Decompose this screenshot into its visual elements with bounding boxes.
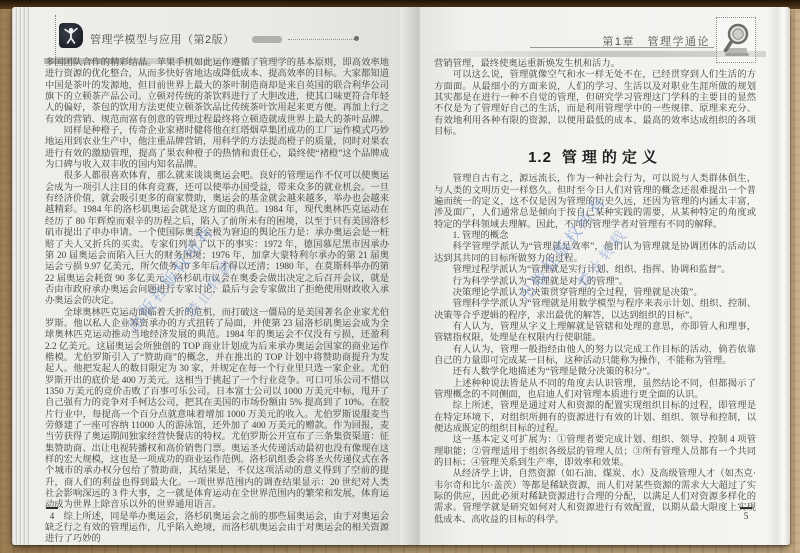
body-paragraph: 决策理论学派认为“决策贯穿管理的全过程，管理就是决策”。 [434,288,756,299]
body-paragraph: 还有人数学化地描述为“管理是微分决策的积分”。 [434,367,756,378]
body-paragraph: 很多人都很喜欢体育，那么就来谈谈奥运会吧。良好的管理运作不仅可以使奥运会成为一项… [45,171,389,307]
body-paragraph: 上述种种说法皆是从不同的角度去认识管理，虽然结论不同，但都揭示了管理概念的不同侧… [434,379,756,402]
body-paragraph: 营销管理，最终使奥运重新焕发生机和活力。 [434,59,756,70]
body-paragraph: 从经济学上讲，自然资源（如石油、煤炭、水）及高级管理人才（如杰克·韦尔奇和比尔·… [434,469,756,526]
body-paragraph: 多国团队合作的精彩结晶。苹果手机如此运作遵循了管理学的基本原则，即高效率地进行资… [45,58,389,126]
section-title: 管理的定义 [562,146,662,167]
body-paragraph: 行为科学学派认为“管理就是对人的管理”。 [434,277,756,288]
definition-paragraphs: 科学管理学派认为“管理就是效率”，他们认为管理就是协调团体的活动以达到其共同的目… [434,242,756,526]
desk-background: 管理学模型与应用（第2版） 多国团队合作的精彩结晶。苹果手机如此运作遵循了管理学… [0,0,800,553]
body-paragraph: 全球奥林匹克运动面临着夭折的危机，而打破这一僵局的是美国著名企业家尤伯罗斯。他以… [45,308,389,512]
book-title: 管理学模型与应用（第2版） [90,31,235,47]
header-line-right [530,47,714,48]
left-page-body: 多国团队合作的精彩结晶。苹果手机如此运作遵循了管理学的基本原则，即高效率地进行资… [45,58,389,546]
right-page-intro: 营销管理，最终使奥运重新焕发生机和活力。可以这么说，管理就像空气和水一样无处不在… [434,59,756,138]
body-paragraph: 这一基本定义可扩展为：①管理者要完成计划、组织、领导、控制 4 项管理职能；②管… [434,435,756,469]
body-paragraph: 综上所述，管理是通过对人和资源的配置实现组织目标的过程，即管理是在特定环境下，对… [434,401,756,435]
left-page: 管理学模型与应用（第2版） 多国团队合作的精彩结晶。苹果手机如此运作遵循了管理学… [30,7,400,545]
page-number-value: 5 [740,511,752,521]
magnifier-icon [721,22,751,58]
section-number: 1.2 [528,149,552,166]
left-page-header: 管理学模型与应用（第2版） [40,15,394,63]
body-paragraph: 有人认为，管理一般指经由他人的努力以完成工作目标的活动，倘若依靠自己的力量即可完… [434,345,756,368]
body-paragraph: 管理自古有之，源远流长，作为一种社会行为，可以说与人类群体俱生，与人类的文明历史… [434,174,756,231]
header-pill-decoration [252,36,282,43]
magnifier-icon-box [716,17,756,63]
header-dotted-leader [288,39,354,40]
body-paragraph: 有人认为，管理从字义上理解就是管辖和处理的意思，亦即管人和理事，管辖指权限，处理… [434,322,756,345]
header-leader-dot [354,36,359,41]
body-paragraph: 管理科学学派认为“管理就是用数学模型与程序来表示计划、组织、控制、决策等合乎逻辑… [434,299,756,322]
open-book: 管理学模型与应用（第2版） 多国团队合作的精彩结晶。苹果手机如此运作遵循了管理学… [12,7,790,545]
right-page: 第1章 管理学通论 营销管理，最终使奥运重新焕发生机和活力。可以这么 [420,7,768,545]
body-paragraph: 科学管理学派认为“管理就是效率”，他们认为管理就是协调团体的活动以达到其共同的目… [434,242,756,265]
page-number-value: 4 [46,511,58,521]
jumping-person-logo-icon [59,23,83,48]
right-page-header: 第1章 管理学通论 [426,15,764,65]
body-paragraph: 管理过程学派认为“管理就是实行计划、组织、指挥、协调和监督”。 [434,265,756,276]
right-page-body: 营销管理，最终使奥运重新焕发生机和活力。可以这么说，管理就像空气和水一样无处不在… [434,59,756,526]
subsection-heading: 1. 管理的概念 [434,231,756,242]
section-intro: 管理自古有之，源远流长，作为一种社会行为，可以说与人类群体俱生，与人类的文明历史… [434,174,756,231]
body-paragraph: 综上所述，同是举办奥运会，洛杉矶奥运会之前的那些届奥运会，由于对奥运会缺乏行之有… [45,512,389,546]
page-stack-edge-left [12,7,30,545]
body-paragraph: 同样是种橙子，传奇企业家褚时健将他在红塔烟草集团成功的工厂运作模式巧妙地运用到农… [45,126,389,171]
page-number-right: 5 [740,507,760,521]
page-number-bar [740,507,752,509]
page-number-bar [46,507,58,509]
page-curl-edge-right [768,7,790,545]
header-rule-right [426,51,766,57]
body-paragraph: 可以这么说，管理就像空气和水一样无处不在，已经贯穿到人们生活的方方面面。从最细小… [434,70,756,138]
page-number-left: 4 [46,507,66,521]
section-heading: 1.2 管理的定义 [434,146,756,167]
header-dotted-divider [55,15,56,57]
